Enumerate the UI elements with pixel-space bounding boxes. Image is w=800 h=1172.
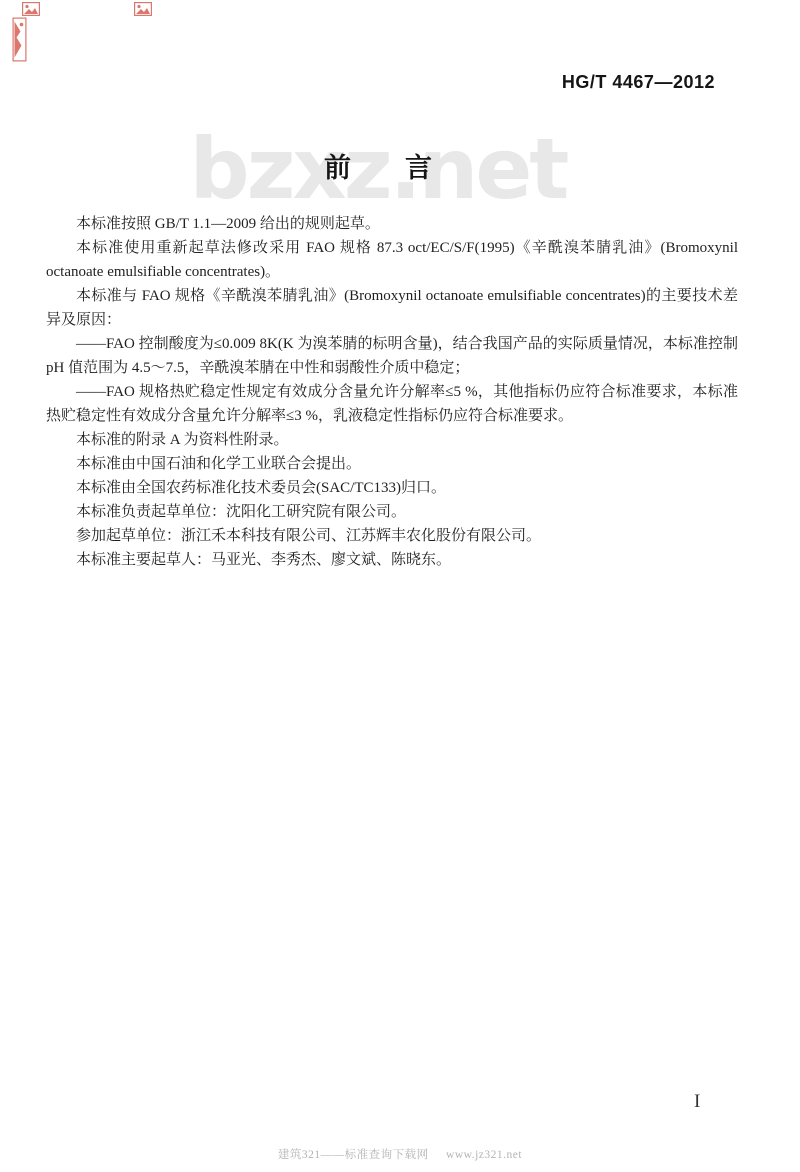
page-title: 前 言 [324,146,432,185]
document-page: HG/T 4467—2012 bzxz.net 前 言 本标准按照 GB/T 1… [0,0,800,1172]
standard-number: HG/T 4467—2012 [562,72,715,93]
footer: 建筑321——标准查询下载网 www.jz321.net [0,1146,800,1162]
paragraph-under-jurisdiction: 本标准由全国农药标准化技术委员会(SAC/TC133)归口。 [46,476,738,500]
paragraph-fao-adoption: 本标准使用重新起草法修改采用 FAO 规格 87.3 oct/EC/S/F(19… [46,236,738,284]
broken-image-icon [8,18,27,62]
paragraph-difference-acidity: ——FAO 控制酸度为≤0.009 8K(K 为溴苯腈的标明含量)，结合我国产品… [46,332,738,380]
footer-site-name: 建筑321——标准查询下载网 [278,1149,429,1161]
paragraph-drafting-rule: 本标准按照 GB/T 1.1—2009 给出的规则起草。 [46,212,738,236]
paragraph-annex: 本标准的附录 A 为资料性附录。 [46,428,738,452]
broken-image-icon [134,2,152,21]
page-number: I [694,1091,700,1113]
foreword-body: 本标准按照 GB/T 1.1—2009 给出的规则起草。 本标准使用重新起草法修… [46,212,738,572]
paragraph-differences-intro: 本标准与 FAO 规格《辛酰溴苯腈乳油》(Bromoxynil octanoat… [46,284,738,332]
footer-site-url: www.jz321.net [446,1149,522,1161]
paragraph-participating-orgs: 参加起草单位：浙江禾本科技有限公司、江苏辉丰农化股份有限公司。 [46,524,738,548]
paragraph-difference-storage: ——FAO 规格热贮稳定性规定有效成分含量允许分解率≤5 %，其他指标仍应符合标… [46,380,738,428]
paragraph-chief-drafter-org: 本标准负责起草单位：沈阳化工研究院有限公司。 [46,500,738,524]
paragraph-proposed-by: 本标准由中国石油和化学工业联合会提出。 [46,452,738,476]
paragraph-main-drafters: 本标准主要起草人：马亚光、李秀杰、廖文斌、陈晓东。 [46,548,738,572]
